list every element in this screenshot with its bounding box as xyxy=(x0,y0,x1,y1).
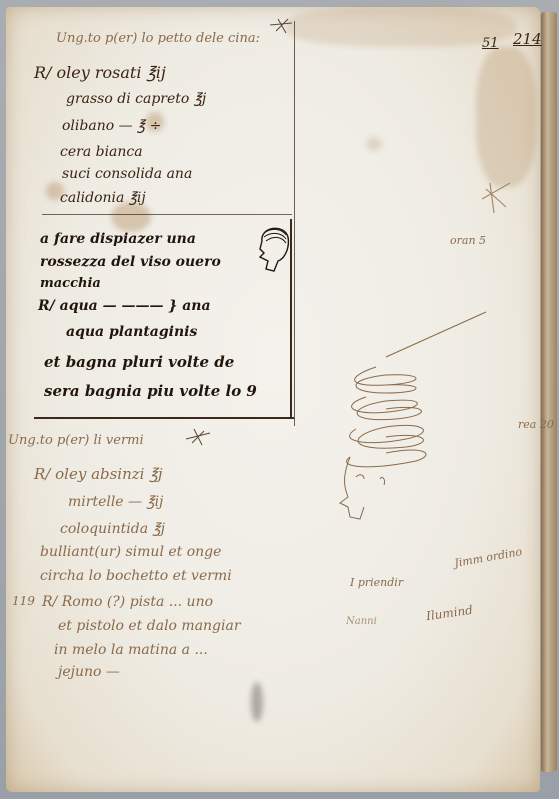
recipe1-heading: Ung.to p(er) lo petto dele cina: xyxy=(56,32,260,45)
turban-head-drawing xyxy=(326,307,496,527)
stain xyxy=(476,47,536,187)
recipe2-line: a fare dispiazer una xyxy=(40,232,196,246)
recipe1-line: olibano — ℥ ÷ xyxy=(62,119,161,133)
box-bottom-rule xyxy=(34,417,294,419)
recipe1-line: cera bianca xyxy=(60,145,143,159)
recipe2-line: et bagna pluri volte de xyxy=(44,355,234,370)
recipe3-line: in melo la matina a ... xyxy=(54,643,208,657)
recipe3-line: mirtelle — ℥ij xyxy=(68,495,163,509)
manuscript-page: 51 214 Ung.to p(er) lo petto dele cina: … xyxy=(6,7,540,792)
recipe3-line: R/ oley absinzi ℥j xyxy=(34,467,163,482)
margin-note: Nanni xyxy=(346,617,377,627)
recipe3-line: jejuno — xyxy=(58,665,120,679)
cross-mark-icon xyxy=(476,177,516,217)
recipe3-line: circha lo bochetto et vermi xyxy=(40,569,232,583)
recipe2-line: rossezza del viso ouero xyxy=(40,255,221,269)
recipe3-marginal-number: 119 xyxy=(12,595,35,607)
cross-mark-icon xyxy=(184,427,214,447)
recipe1-line: grasso di capreto ℥j xyxy=(66,92,206,106)
recipe2-line: aqua plantaginis xyxy=(66,325,197,339)
recipe3-line: R/ Romo (?) pista ... uno xyxy=(42,595,213,609)
stain xyxy=(366,137,382,151)
margin-note: Ilumind xyxy=(425,604,473,622)
smudge xyxy=(251,682,263,722)
margin-note: oran 5 xyxy=(450,235,486,246)
recipe3-heading: Ung.to p(er) li vermi xyxy=(8,434,144,447)
recipe3-line: coloquintida ℥j xyxy=(60,522,165,536)
recipe3-line: et pistolo et dalo mangiar xyxy=(58,619,241,633)
margin-note: rea 20 xyxy=(518,419,554,430)
margin-note: I priendir xyxy=(350,577,403,588)
folio-number-right: 214 xyxy=(513,32,542,47)
recipe2-line: macchia xyxy=(40,277,101,290)
folio-number-left: 51 xyxy=(482,37,499,50)
recipe2-line: sera bagnia piu volte lo 9 xyxy=(44,384,257,399)
book-edge xyxy=(541,12,557,772)
recipe1-line: R/ oley rosati ℥ij xyxy=(34,65,166,81)
box-top-rule xyxy=(42,214,292,215)
stain xyxy=(111,202,151,232)
profile-head-drawing xyxy=(254,219,294,279)
fold-line xyxy=(294,21,295,426)
cross-mark-icon xyxy=(266,17,296,37)
recipe3-line: bulliant(ur) simul et onge xyxy=(40,545,221,559)
recipe1-line: suci consolida ana xyxy=(62,167,192,181)
recipe1-line: calidonia ℥ij xyxy=(60,191,146,205)
recipe2-line: R/ aqua — ——— } ana xyxy=(38,299,211,313)
margin-note: Jimm ordino xyxy=(454,546,523,569)
